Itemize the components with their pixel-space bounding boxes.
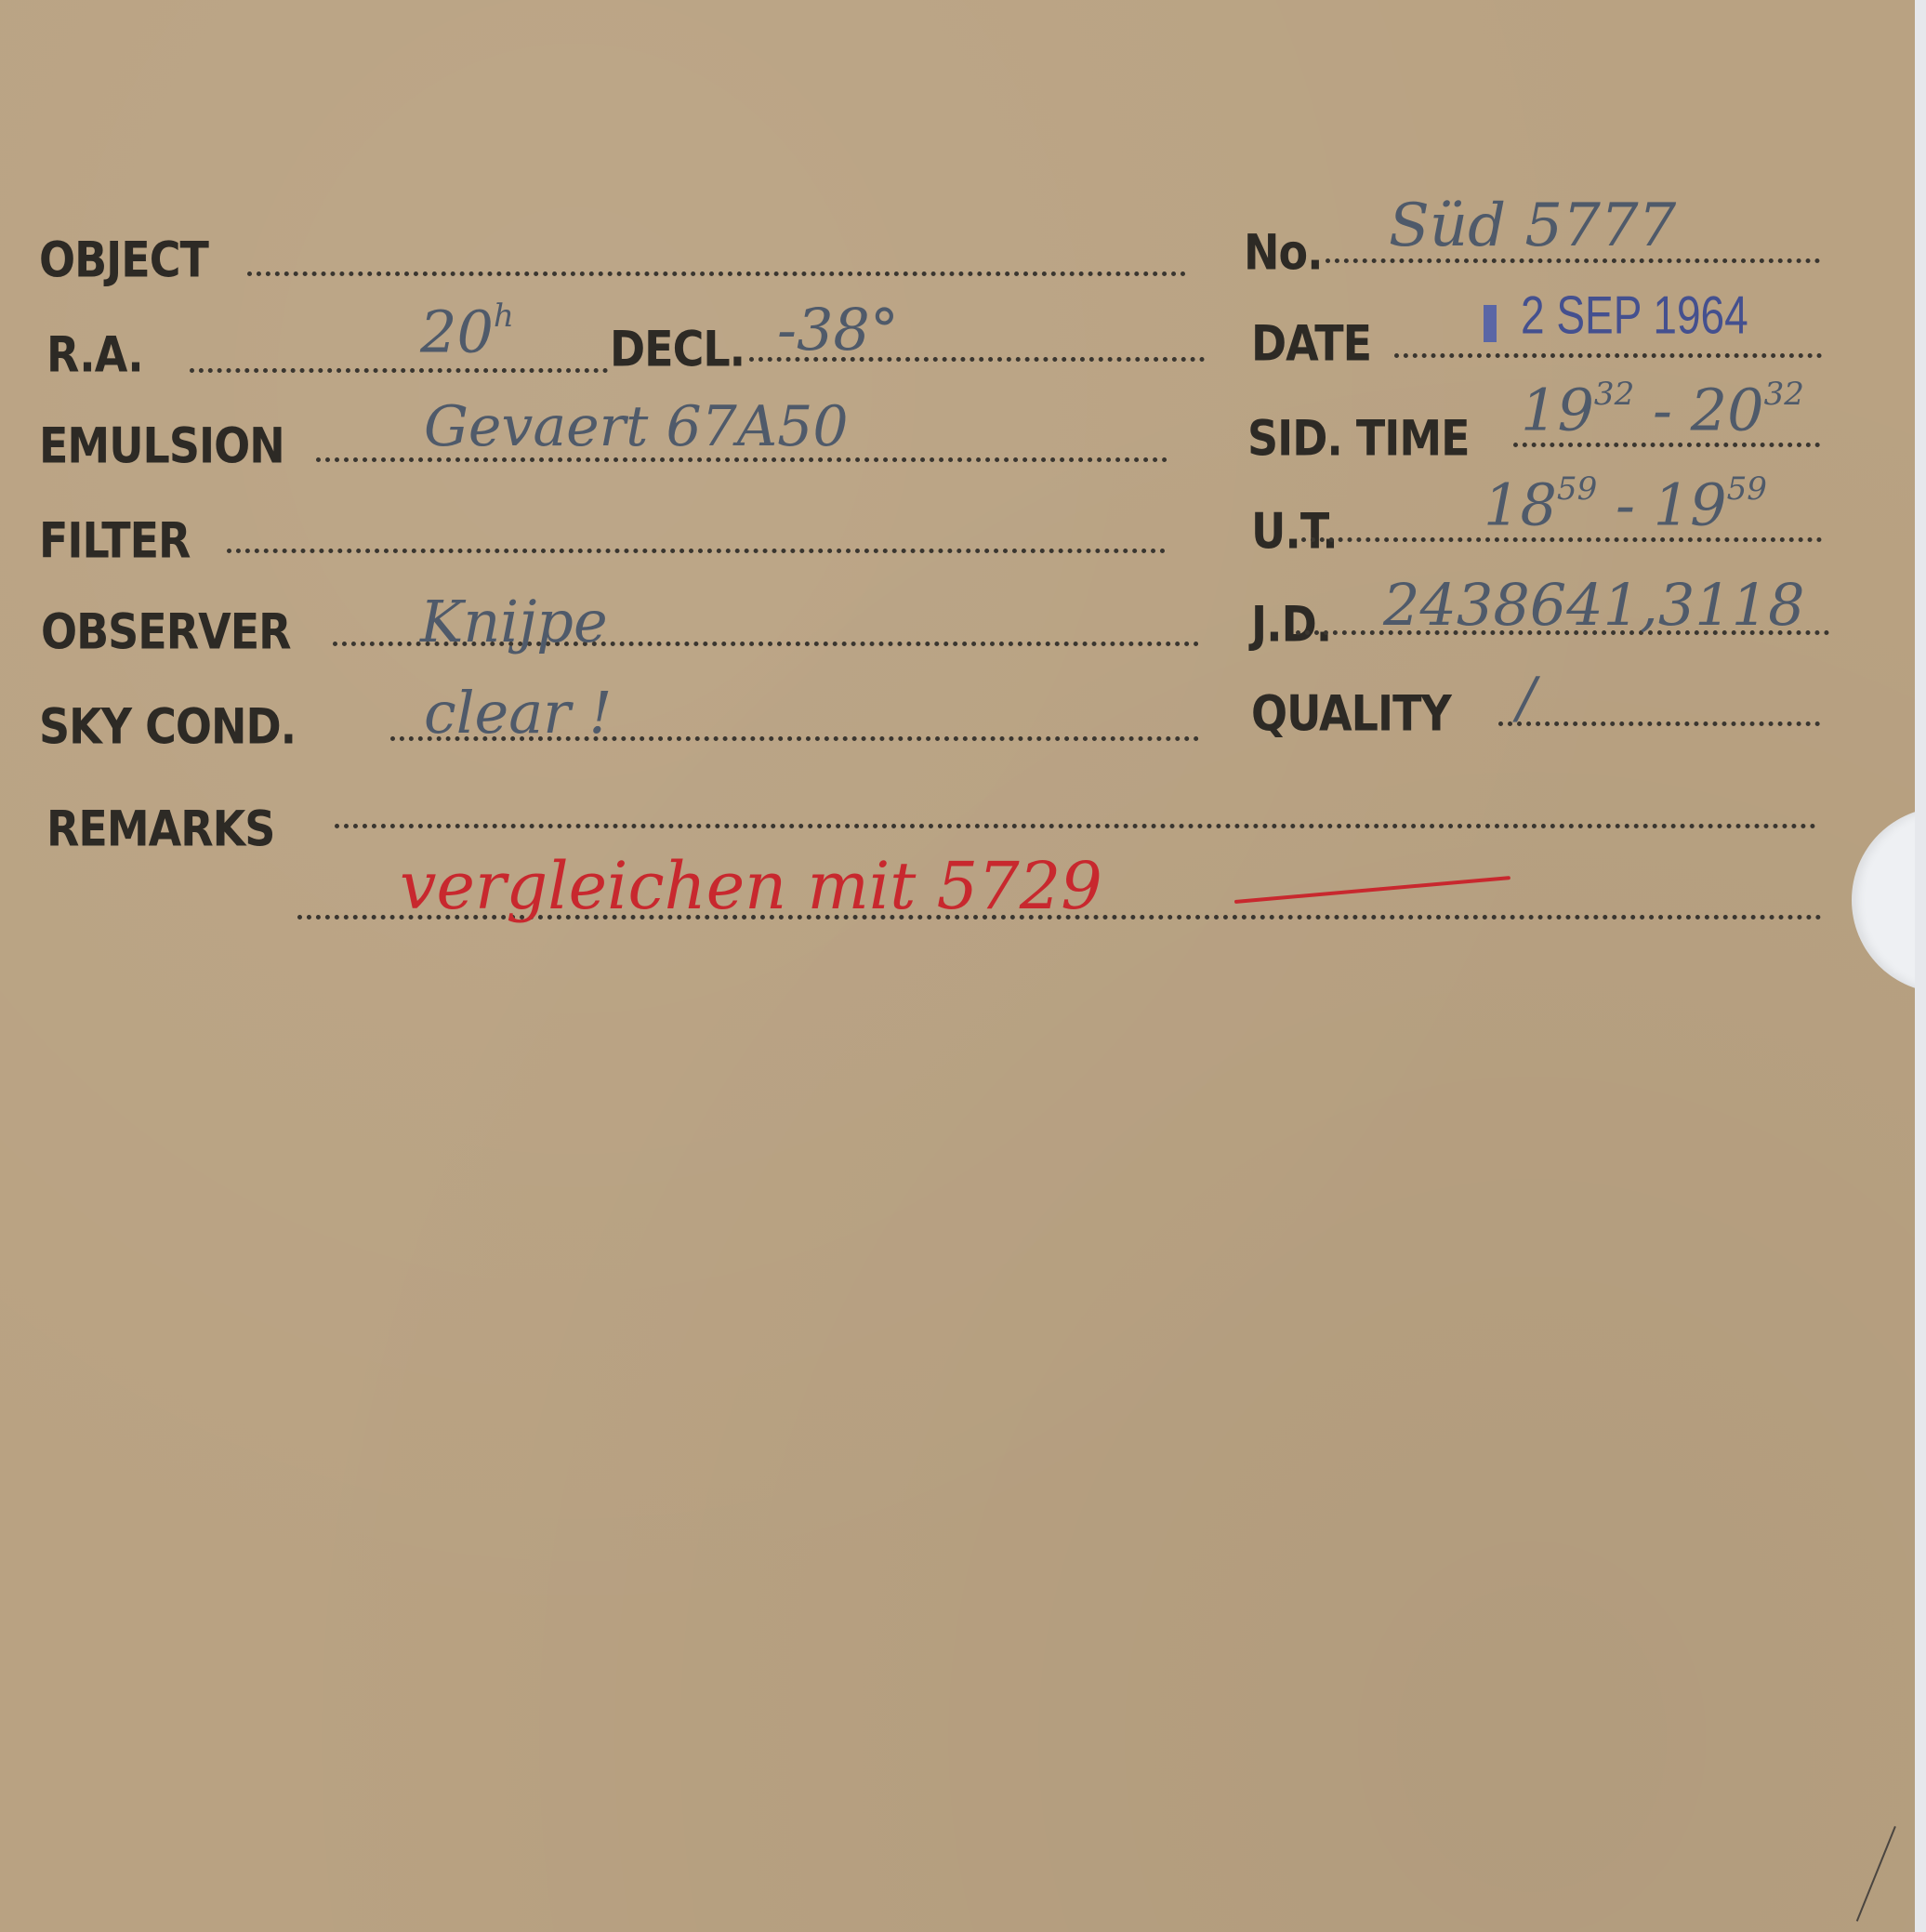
quality-label: QUALITY <box>1251 684 1451 742</box>
object-line <box>247 271 1186 276</box>
sid-time-label: SID. TIME <box>1247 409 1470 467</box>
scan-background-edge <box>1915 0 1926 1932</box>
ra-label: R.A. <box>46 325 143 383</box>
stamp-mark-icon <box>1484 305 1497 342</box>
decl-value: -38° <box>777 296 899 364</box>
date-line <box>1394 353 1822 358</box>
sky-cond-value: clear ! <box>424 679 612 747</box>
ra-unit: h <box>494 298 514 335</box>
observer-value: Knijpe <box>420 588 608 655</box>
ra-value: 20h <box>420 298 514 365</box>
jd-label: J.D. <box>1251 595 1331 653</box>
ut-value: 1859 - 1959 <box>1484 470 1767 538</box>
ut-start-m: 59 <box>1557 470 1597 508</box>
no-value: Süd 5777 <box>1389 192 1676 260</box>
ra-line <box>190 368 608 373</box>
remarks-underline-stroke <box>1234 876 1510 904</box>
remarks-line-1 <box>335 824 1816 828</box>
ut-start-h: 18 <box>1484 470 1557 538</box>
date-stamp: 2 SEP 1964 <box>1521 284 1748 347</box>
pencil-mark <box>1856 1826 1896 1922</box>
filter-label: FILTER <box>39 511 190 569</box>
remarks-value: vergleichen mit 5729 <box>400 848 1102 924</box>
jd-value: 2438641,3118 <box>1383 571 1805 639</box>
sid-time-value: 1932 - 2032 <box>1521 376 1804 443</box>
quality-line <box>1498 721 1820 726</box>
sky-cond-label: SKY COND. <box>39 697 296 755</box>
plate-envelope: OBJECT R.A. 20h DECL. -38° EMULSION Geva… <box>0 0 1915 1932</box>
no-label: No. <box>1244 223 1323 281</box>
ut-dash: - <box>1616 470 1635 538</box>
sid-time-end-h: 20 <box>1691 376 1764 443</box>
remarks-label: REMARKS <box>46 800 274 857</box>
ut-label: U.T. <box>1251 502 1338 560</box>
ra-hours: 20 <box>420 298 494 365</box>
sid-time-dash: - <box>1653 376 1672 443</box>
ut-end-h: 19 <box>1654 470 1727 538</box>
date-label: DATE <box>1251 314 1371 372</box>
sid-time-start-h: 19 <box>1521 376 1594 443</box>
emulsion-label: EMULSION <box>39 417 284 474</box>
filter-line <box>227 549 1166 553</box>
ut-end-m: 59 <box>1727 470 1767 508</box>
decl-label: DECL. <box>610 320 745 377</box>
emulsion-value: Gevaert 67A50 <box>424 394 849 459</box>
object-label: OBJECT <box>39 231 208 288</box>
observer-label: OBSERVER <box>41 602 291 660</box>
quality-value: / <box>1517 666 1536 731</box>
sid-time-end-m: 32 <box>1764 376 1804 413</box>
sid-time-start-m: 32 <box>1594 376 1634 413</box>
